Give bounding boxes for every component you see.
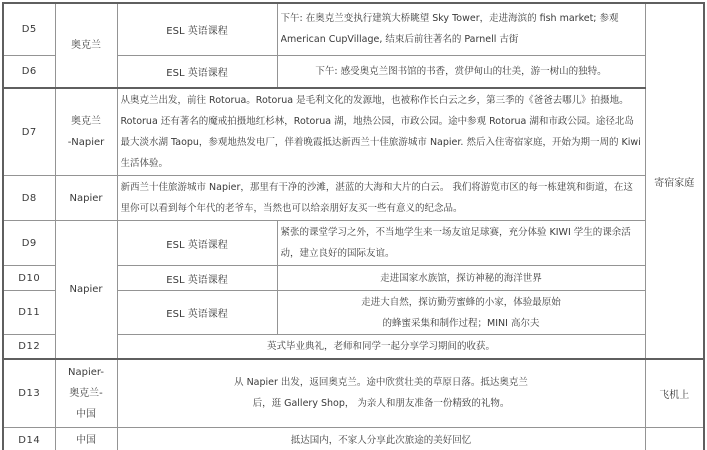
description-text-d13: 从 Napier 出发，返回奥克兰。途中欣赏壮美的草原日落。抵达奥克兰 后，逛 …	[121, 372, 642, 414]
description-text-d8: 新西兰十佳旅游城市 Napier，那里有干净的沙滩，湛蓝的大海和大片的白云。 我…	[121, 177, 642, 219]
cell-accommodation-empty	[645, 427, 704, 450]
cell-location-napier-auckland-china: Napier- 奥克兰- 中国	[55, 359, 117, 427]
description-text-d6: 下午: 感受奥克兰图书馆的书香，赏伊甸山的壮美，游一树山的独特。	[281, 61, 642, 82]
cell-description-d10: 走进国家水族馆，探访神秘的海洋世界	[277, 266, 645, 291]
cell-accommodation-flight: 飞机上	[645, 359, 704, 427]
cell-day-d7: D7	[3, 88, 55, 176]
cell-day-d8: D8	[3, 176, 55, 221]
description-text-d10: 走进国家水族馆，探访神秘的海洋世界	[281, 268, 642, 289]
row-d5: D5 奥克兰 ESL 英语课程 下午: 在奥克兰变执行建筑大桥眺望 Sky To…	[3, 3, 704, 55]
row-d9: D9 Napier ESL 英语课程 紧张的课堂学习之外，不当地学生来一场友谊足…	[3, 221, 704, 266]
cell-location-china: 中国	[55, 427, 117, 450]
row-d13: D13 Napier- 奥克兰- 中国 从 Napier 出发，返回奥克兰。途中…	[3, 359, 704, 427]
description-text-d14: 抵达国内，不家人分享此次旅途的美好回忆	[121, 430, 642, 450]
cell-course-d6: ESL 英语课程	[117, 55, 277, 88]
cell-location-napier-week: Napier	[55, 221, 117, 360]
itinerary-table: D5 奥克兰 ESL 英语课程 下午: 在奥克兰变执行建筑大桥眺望 Sky To…	[2, 2, 705, 450]
cell-description-d7: 从奥克兰出发，前往 Rotorua。Rotorua 是毛利文化的发源地，也被称作…	[117, 88, 645, 176]
cell-description-d12: 英式毕业典礼，老师和同学一起分享学习期间的收获。	[117, 335, 645, 360]
cell-location-auckland-napier: 奥克兰 -Napier	[55, 88, 117, 176]
cell-day-d5: D5	[3, 3, 55, 55]
row-d14: D14 中国 抵达国内，不家人分享此次旅途的美好回忆	[3, 427, 704, 450]
cell-location-auckland: 奥克兰	[55, 3, 117, 88]
cell-description-d6: 下午: 感受奥克兰图书馆的书香，赏伊甸山的壮美，游一树山的独特。	[277, 55, 645, 88]
description-text-d11: 走进大自然，探访勤劳蜜蜂的小家，体验最原始 的蜂蜜采集和制作过程；MINI 高尔…	[281, 292, 642, 333]
cell-course-d11: ESL 英语课程	[117, 291, 277, 335]
cell-day-d6: D6	[3, 55, 55, 88]
cell-day-d13: D13	[3, 359, 55, 427]
cell-description-d13: 从 Napier 出发，返回奥克兰。途中欣赏壮美的草原日落。抵达奥克兰 后，逛 …	[117, 359, 645, 427]
cell-day-d9: D9	[3, 221, 55, 266]
cell-course-d10: ESL 英语课程	[117, 266, 277, 291]
row-d7: D7 奥克兰 -Napier 从奥克兰出发，前往 Rotorua。Rotorua…	[3, 88, 704, 176]
cell-day-d11: D11	[3, 291, 55, 335]
cell-description-d9: 紧张的课堂学习之外，不当地学生来一场友谊足球赛，充分体验 KIWI 学生的课余活…	[277, 221, 645, 266]
description-text-d9: 紧张的课堂学习之外，不当地学生来一场友谊足球赛，充分体验 KIWI 学生的课余活…	[281, 222, 642, 264]
cell-description-d5: 下午: 在奥克兰变执行建筑大桥眺望 Sky Tower，走进海滨的 fish m…	[277, 3, 645, 55]
cell-course-d5: ESL 英语课程	[117, 3, 277, 55]
cell-day-d14: D14	[3, 427, 55, 450]
row-d8: D8 Napier 新西兰十佳旅游城市 Napier，那里有干净的沙滩，湛蓝的大…	[3, 176, 704, 221]
description-text-d12: 英式毕业典礼，老师和同学一起分享学习期间的收获。	[121, 336, 642, 357]
cell-location-napier: Napier	[55, 176, 117, 221]
description-text-d7: 从奥克兰出发，前往 Rotorua。Rotorua 是毛利文化的发源地，也被称作…	[121, 90, 642, 174]
cell-description-d11: 走进大自然，探访勤劳蜜蜂的小家，体验最原始 的蜂蜜采集和制作过程；MINI 高尔…	[277, 291, 645, 335]
description-text-d5: 下午: 在奥克兰变执行建筑大桥眺望 Sky Tower，走进海滨的 fish m…	[281, 8, 642, 50]
cell-description-d14: 抵达国内，不家人分享此次旅途的美好回忆	[117, 427, 645, 450]
itinerary-page: D5 奥克兰 ESL 英语课程 下午: 在奥克兰变执行建筑大桥眺望 Sky To…	[0, 0, 707, 450]
cell-day-d12: D12	[3, 335, 55, 360]
cell-accommodation-homestay: 寄宿家庭	[645, 3, 704, 359]
cell-description-d8: 新西兰十佳旅游城市 Napier，那里有干净的沙滩，湛蓝的大海和大片的白云。 我…	[117, 176, 645, 221]
cell-course-d9: ESL 英语课程	[117, 221, 277, 266]
cell-day-d10: D10	[3, 266, 55, 291]
